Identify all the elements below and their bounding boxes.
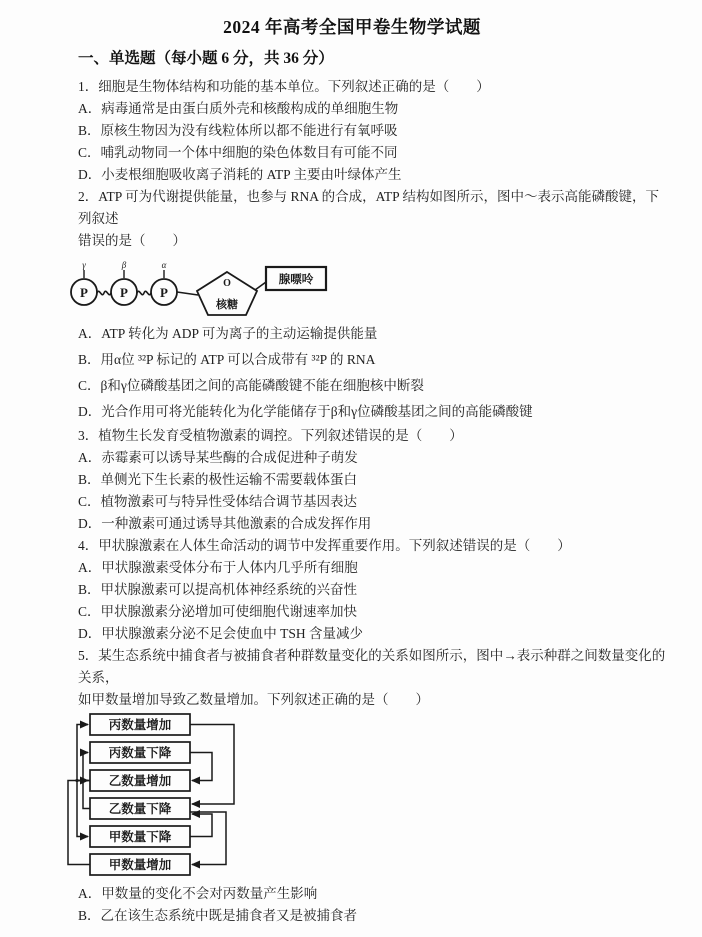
question-2-stem-line-1: 2．ATP 可为代谢提供能量，也参与 RNA 的合成，ATP 结构如图所示，图中…	[78, 186, 666, 230]
question-1: 1．细胞是生物体结构和功能的基本单位。下列叙述正确的是（ ） A．病毒通常是由蛋…	[78, 76, 666, 186]
phosphate-ribose-bond	[177, 292, 198, 295]
question-3-option-d: D．一种激素可通过诱导其他激素的合成发挥作用	[78, 513, 666, 535]
question-3-stem: 3．植物生长发育受植物激素的调控。下列叙述错误的是（ ）	[78, 425, 666, 447]
question-2: 2．ATP 可为代谢提供能量，也参与 RNA 的合成，ATP 结构如图所示，图中…	[78, 186, 666, 425]
question-5-stem-line-1: 5．某生态系统中捕食者与被捕食者种群数量变化的关系如图所示，图中→表示种群之间数…	[78, 645, 666, 689]
question-4-option-b: B．甲状腺激素可以提高机体神经系统的兴奋性	[78, 579, 666, 601]
high-energy-bond-2	[137, 291, 151, 294]
flow-box-yi-decrease-label: 乙数量下降	[109, 801, 172, 816]
flow-box-bing-decrease-label: 丙数量下降	[109, 745, 172, 760]
question-4-option-c: C．甲状腺激素分泌增加可使细胞代谢速率加快	[78, 601, 666, 623]
question-2-option-a: A．ATP 转化为 ADP 可为离子的主动运输提供能量	[78, 321, 666, 347]
arrow-bing-decrease-to-yi-increase	[190, 753, 212, 781]
question-2-option-c: C．β和γ位磷酸基团之间的高能磷酸键不能在细胞核中断裂	[78, 373, 666, 399]
question-1-option-d: D．小麦根细胞吸收离子消耗的 ATP 主要由叶绿体产生	[78, 164, 666, 186]
phosphate-symbol-2: P	[120, 285, 128, 300]
question-1-option-b: B．原核生物因为没有线粒体所以都不能进行有氧呼吸	[78, 120, 666, 142]
question-4-option-d: D．甲状腺激素分泌不足会使血中 TSH 含量减少	[78, 623, 666, 645]
flow-box-yi-increase-label: 乙数量增加	[109, 773, 172, 788]
ribose-adenine-bond	[255, 282, 266, 290]
arrow-yi-decrease-to-jia-increase	[190, 812, 226, 865]
atp-beta-label: β	[121, 260, 127, 270]
atp-gamma-label: γ	[82, 260, 86, 270]
question-3-option-a: A．赤霉素可以诱导某些酶的合成促进种子萌发	[78, 447, 666, 469]
ribose-label: 核糖	[215, 297, 238, 311]
phosphate-symbol-1: P	[80, 285, 88, 300]
flow-box-jia-increase-label: 甲数量增加	[109, 857, 172, 872]
question-4-stem: 4．甲状腺激素在人体生命活动的调节中发挥重要作用。下列叙述错误的是（ ）	[78, 535, 666, 557]
flow-junction-dot	[75, 779, 78, 782]
arrow-jia-increase-to-yi-increase	[68, 781, 90, 865]
question-2-stem-line-2: 错误的是（ ）	[78, 230, 666, 252]
question-4: 4．甲状腺激素在人体生命活动的调节中发挥重要作用。下列叙述错误的是（ ） A．甲…	[78, 535, 666, 645]
high-energy-bond-1	[97, 291, 111, 294]
exam-document-page: 2024 年高考全国甲卷生物学试题 一、单选题（每小题 6 分，共 36 分） …	[0, 0, 702, 937]
ribose-oxygen-label: O	[223, 278, 231, 289]
question-5: 5．某生态系统中捕食者与被捕食者种群数量变化的关系如图所示，图中→表示种群之间数…	[78, 645, 666, 927]
question-5-option-b: B．乙在该生态系统中既是捕食者又是被捕食者	[78, 905, 666, 927]
arrow-jia-decrease-to-yi-decrease	[190, 814, 212, 837]
question-3-option-c: C．植物激素可与特异性受体结合调节基因表达	[78, 491, 666, 513]
question-2-option-d: D．光合作用可将光能转化为化学能储存于β和γ位磷酸基团之间的高能磷酸键	[78, 399, 666, 425]
question-5-option-a: A．甲数量的变化不会对丙数量产生影响	[78, 883, 666, 905]
question-1-stem: 1．细胞是生物体结构和功能的基本单位。下列叙述正确的是（ ）	[78, 76, 666, 98]
flow-box-jia-decrease-label: 甲数量下降	[109, 829, 172, 844]
question-4-option-a: A．甲状腺激素受体分布于人体内几乎所有细胞	[78, 557, 666, 579]
atp-structure-figure: γ β α P P P O 核糖 腺嘌呤	[66, 255, 338, 319]
question-5-stem-line-2: 如甲数量增加导致乙数量增加。下列叙述正确的是（ ）	[78, 689, 666, 711]
question-1-option-a: A．病毒通常是由蛋白质外壳和核酸构成的单细胞生物	[78, 98, 666, 120]
section-heading: 一、单选题（每小题 6 分，共 36 分）	[78, 48, 666, 70]
question-3: 3．植物生长发育受植物激素的调控。下列叙述错误的是（ ） A．赤霉素可以诱导某些…	[78, 425, 666, 535]
population-change-flowchart: 丙数量增加 丙数量下降 乙数量增加 乙数量下降 甲数量下降 甲数量增加	[62, 713, 244, 879]
question-3-option-b: B．单侧光下生长素的极性运输不需要载体蛋白	[78, 469, 666, 491]
question-1-option-c: C．哺乳动物同一个体中细胞的染色体数目有可能不同	[78, 142, 666, 164]
question-2-option-b: B．用α位 ³²P 标记的 ATP 可以合成带有 ³²P 的 RNA	[78, 347, 666, 373]
adenine-label: 腺嘌呤	[279, 272, 314, 286]
atp-alpha-label: α	[162, 260, 167, 270]
flow-box-bing-increase-label: 丙数量增加	[109, 717, 172, 732]
phosphate-symbol-3: P	[160, 285, 168, 300]
page-title: 2024 年高考全国甲卷生物学试题	[78, 14, 626, 40]
